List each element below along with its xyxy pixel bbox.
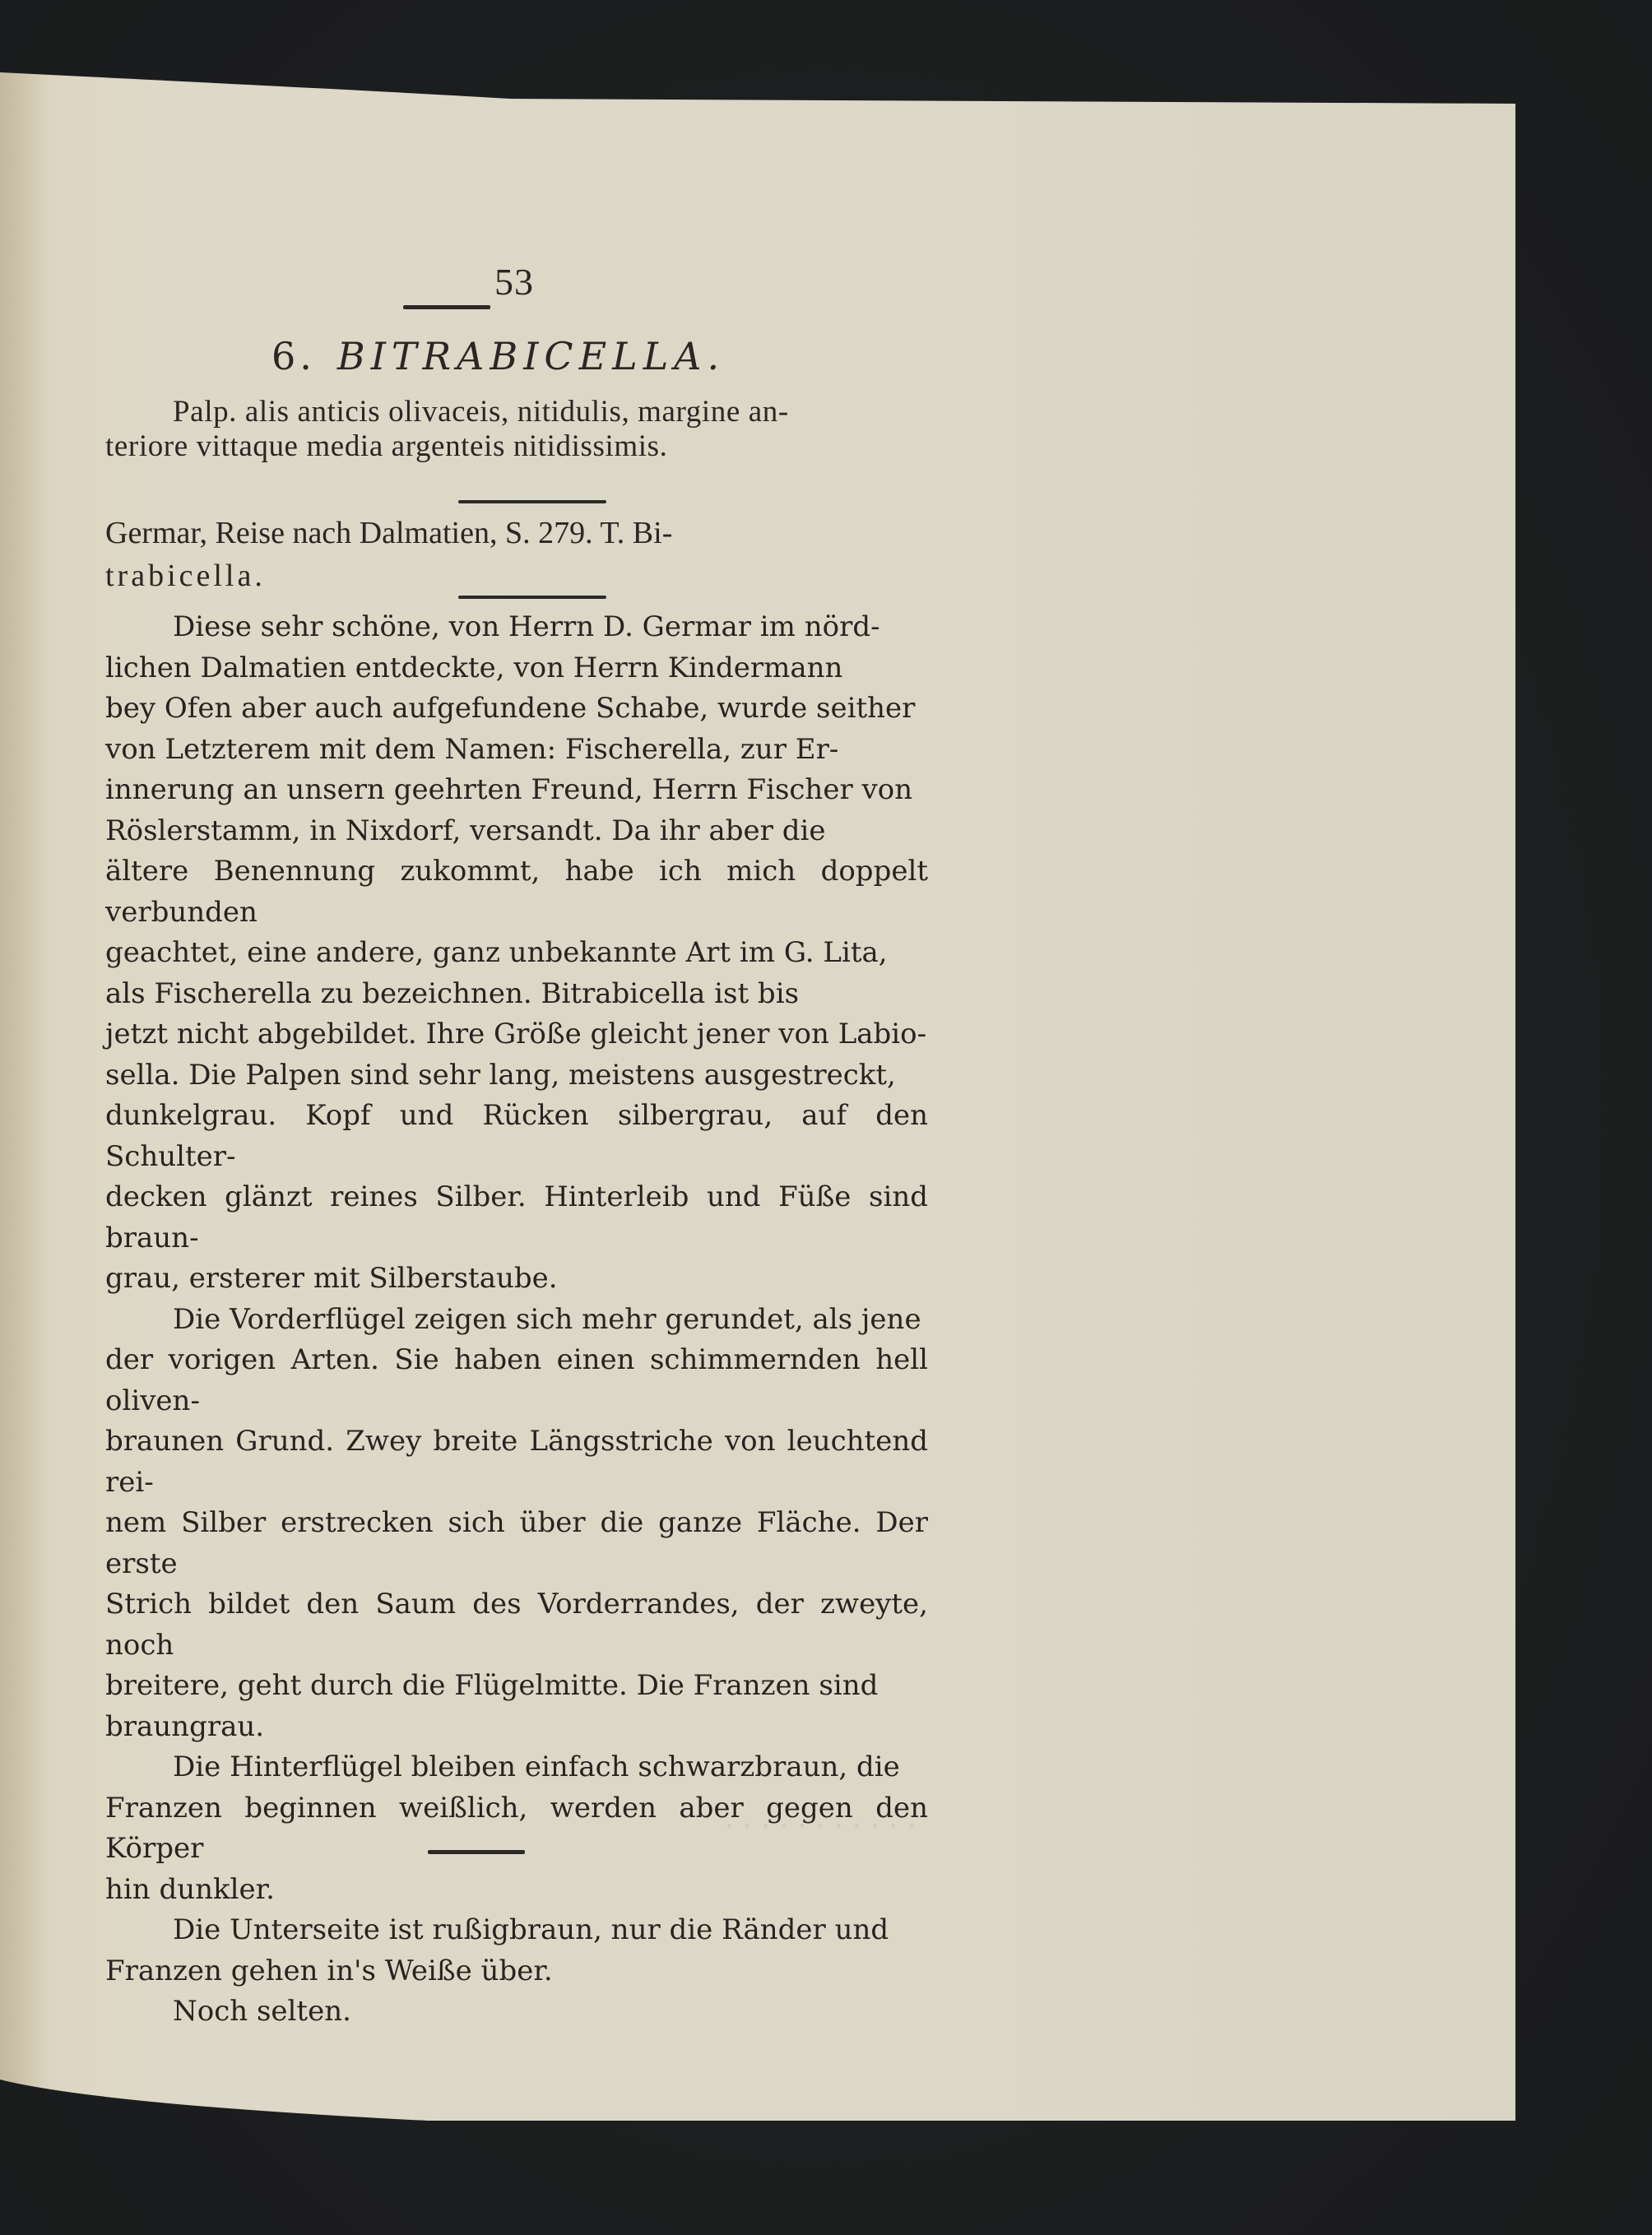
paragraph-hindwings: Die Hinterflügel bleiben einfach schwarz… [105, 1747, 928, 1910]
latin-line: teriore vittaque media argenteis nitidis… [105, 429, 928, 464]
latin-line: Palp. alis anticis olivaceis, nitidulis,… [105, 395, 928, 429]
section-rule [458, 596, 606, 599]
end-rule [428, 1850, 525, 1854]
page-number: 53 [461, 260, 568, 304]
reference-line: trabicella. [105, 554, 928, 597]
book-page: 53 6.BITRABICELLA. Palp. alis anticis ol… [0, 72, 1515, 2121]
species-heading: 6.BITRABICELLA. [271, 334, 725, 378]
paragraph-underside: Die Unterseite ist rußigbraun, nur die R… [105, 1910, 928, 1992]
species-name: BITRABICELLA. [337, 334, 725, 378]
paragraph-forewings: Die Vorderflügel zeigen sich mehr gerund… [105, 1300, 928, 1748]
section-rule [458, 500, 606, 503]
literature-reference: Germar, Reise nach Dalmatien, S. 279. T.… [105, 512, 928, 597]
species-number: 6. [271, 334, 316, 378]
page-content: 53 6.BITRABICELLA. Palp. alis anticis ol… [0, 72, 1515, 2121]
page-number-rule [403, 305, 490, 309]
latin-diagnosis: Palp. alis anticis olivaceis, nitidulis,… [105, 395, 928, 464]
paragraph-rarity: Noch selten. [105, 1992, 928, 2033]
description-body: Diese sehr schöne, von Herrn D. Germar i… [105, 607, 928, 2033]
reference-line: Germar, Reise nach Dalmatien, S. 279. T.… [105, 512, 928, 554]
paragraph-origin: Diese sehr schöne, von Herrn D. Germar i… [105, 607, 928, 1300]
